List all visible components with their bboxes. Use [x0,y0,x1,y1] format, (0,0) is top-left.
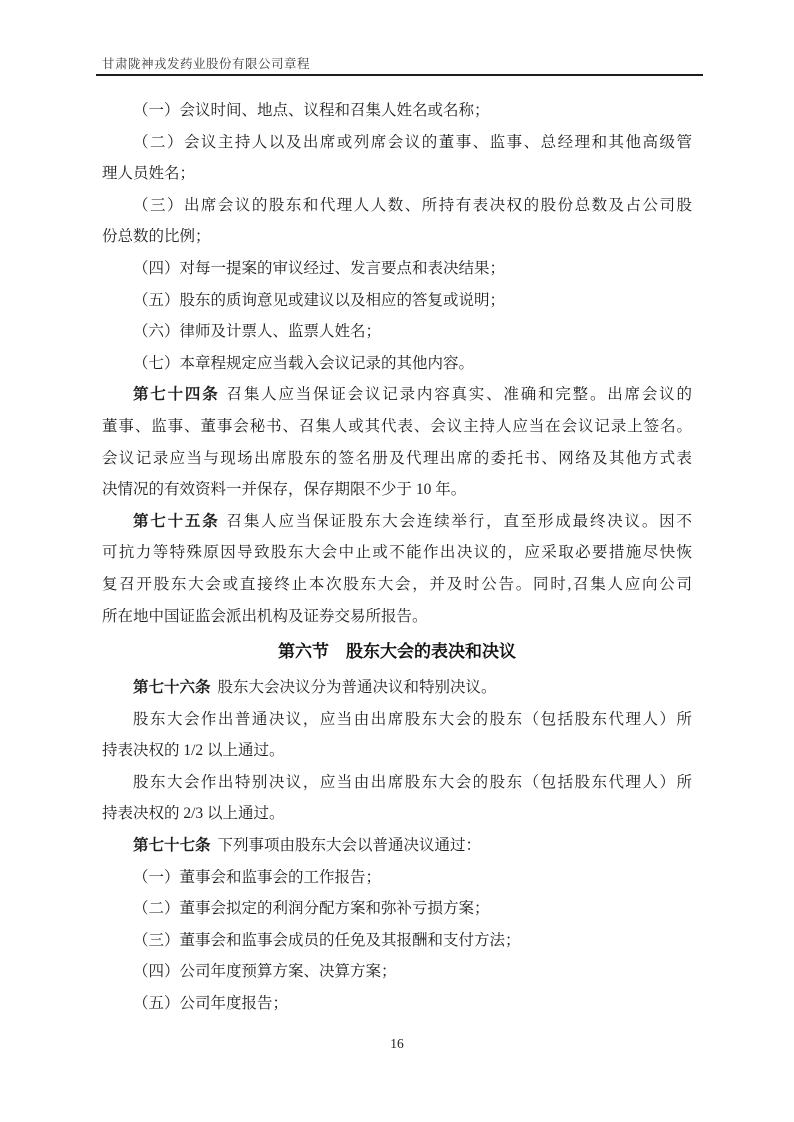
header-title: 甘肃陇神戎发药业股份有限公司章程 [102,54,310,72]
text-line: （一）董事会和监事会的工作报告； [102,862,692,894]
text-line: （三）出席会议的股东和代理人人数、所持有表决权的股份总数及占公司股 [102,190,692,222]
text-line: 第七十五条召集人应当保证股东大会连续举行，直至形成最终决议。因不 [102,506,692,538]
text-line: （二）董事会拟定的利润分配方案和弥补亏损方案； [102,893,692,925]
text-line: 持表决权的 1/2 以上通过。 [102,735,692,767]
text-line: （二）会议主持人以及出席或列席会议的董事、监事、总经理和其他高级管 [102,127,692,159]
text-line: （一）会议时间、地点、议程和召集人姓名或名称； [102,95,692,127]
text-line: 会议记录应当与现场出席股东的签名册及代理出席的委托书、网络及其他方式表 [102,443,692,475]
text-line: 份总数的比例； [102,221,692,253]
text-line: 所在地中国证监会派出机构及证券交易所报告。 [102,601,692,633]
text-line: （五）股东的质询意见或建议以及相应的答复或说明； [102,285,692,317]
header-rule [96,74,703,76]
text-line: 股东大会作出特别决议，应当由出席股东大会的股东（包括股东代理人）所 [102,767,692,799]
text-line: 第七十七条下列事项由股东大会以普通决议通过： [102,830,692,862]
text-line: 决情况的有效资料一并保存，保存期限不少于 10 年。 [102,474,692,506]
text-line: （六）律师及计票人、监票人姓名； [102,316,692,348]
document-body: （一）会议时间、地点、议程和召集人姓名或名称；（二）会议主持人以及出席或列席会议… [102,95,692,1020]
article-number: 第七十六条 [133,679,211,696]
article-number: 第七十五条 [133,513,220,530]
text-line: （四）公司年度预算方案、决算方案； [102,956,692,988]
text-line: 董事、监事、董事会秘书、召集人或其代表、会议主持人应当在会议记录上签名。 [102,411,692,443]
article-number: 第七十四条 [133,386,220,403]
text-line: （三）董事会和监事会成员的任免及其报酬和支付方法； [102,925,692,957]
text-line: 第七十四条召集人应当保证会议记录内容真实、准确和完整。出席会议的 [102,379,692,411]
text-line: 理人员姓名； [102,158,692,190]
text-line: 可抗力等特殊原因导致股东大会中止或不能作出决议的，应采取必要措施尽快恢 [102,537,692,569]
text-line: （四）对每一提案的审议经过、发言要点和表决结果； [102,253,692,285]
section-heading: 第六节 股东大会的表决和决议 [102,632,692,672]
text-line: （五）公司年度报告； [102,988,692,1020]
text-line: 第七十六条股东大会决议分为普通决议和特别决议。 [102,672,692,704]
page-number: 16 [0,1036,794,1052]
text-line: 复召开股东大会或直接终止本次股东大会，并及时公告。同时,召集人应向公司 [102,569,692,601]
text-line: 持表决权的 2/3 以上通过。 [102,798,692,830]
text-line: 股东大会作出普通决议，应当由出席股东大会的股东（包括股东代理人）所 [102,704,692,736]
article-number: 第七十七条 [133,837,211,854]
document-page: 甘肃陇神戎发药业股份有限公司章程 （一）会议时间、地点、议程和召集人姓名或名称；… [0,0,794,1122]
text-line: （七）本章程规定应当载入会议记录的其他内容。 [102,348,692,380]
